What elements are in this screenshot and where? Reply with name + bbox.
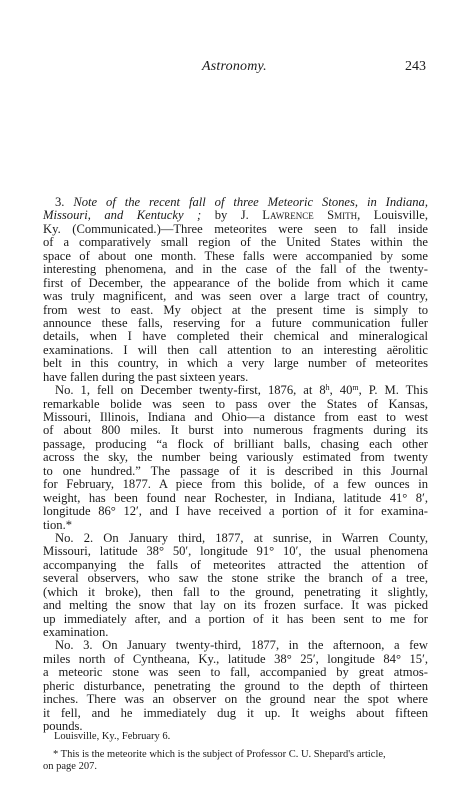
author-location: , Louisville, <box>357 208 428 222</box>
text-line: inches. There was an observer on the gro… <box>43 693 428 706</box>
text-line: announce these falls, reserving for a fu… <box>43 317 428 330</box>
text-line: to one hundred.” The passage of it is de… <box>43 465 428 478</box>
article-title: Note of the recent fall of three Meteori… <box>73 195 428 209</box>
text-line: Missouri, latitude 38° 50′, longitude 91… <box>43 545 428 558</box>
article-body: 3. Note of the recent fall of three Mete… <box>43 196 428 734</box>
footnote-line: * This is the meteorite which is the sub… <box>43 749 428 761</box>
article-title-line-2: Missouri, and Kentucky ; by J. Lawrence … <box>43 209 428 222</box>
text-line: remarkable bolide was seen to pass over … <box>43 398 428 411</box>
text-line: space of about one month. These falls we… <box>43 250 428 263</box>
text-line: of about 800 miles. It burst into numero… <box>43 424 428 437</box>
text-line: first of December, the appearance of the… <box>43 277 428 290</box>
text-fragment: , 40 <box>330 383 353 397</box>
text-line: up immediately after, and a portion of i… <box>43 613 428 626</box>
text-line: miles north of Cyntheana, Ky., latitude … <box>43 653 428 666</box>
text-line: belt in this country, in which a very la… <box>43 357 428 370</box>
text-line: Missouri, Illinois, Indiana and Ohio—a d… <box>43 411 428 424</box>
text-line: have fallen during the past sixteen year… <box>43 371 428 384</box>
footnote-line: on page 207. <box>43 761 428 773</box>
text-line: details, when I have completed their che… <box>43 330 428 343</box>
signoff-dateline: Louisville, Ky., February 6. <box>54 731 170 743</box>
byline-by: by J. <box>215 208 249 222</box>
section-title: Astronomy. <box>202 59 267 75</box>
no1-first-line: No. 1, fell on December twenty-first, 18… <box>43 384 428 397</box>
running-head: Astronomy. 243 <box>0 59 470 75</box>
text-line: from west to east. My object at the pres… <box>43 304 428 317</box>
text-line: (which it broke), then fall to the groun… <box>43 586 428 599</box>
text-line: Ky. (Communicated.)—Three meteorites wer… <box>43 223 428 236</box>
document-page: Astronomy. 243 3. Note of the recent fal… <box>0 0 470 788</box>
article-title-cont: Missouri, and Kentucky ; <box>43 208 201 222</box>
text-fragment: , P. M. This <box>359 383 428 397</box>
text-line: interesting phenomena, and in the case o… <box>43 263 428 276</box>
text-line: examinations. I will then call attention… <box>43 344 428 357</box>
text-line: longitude 86° 12′, and I have received a… <box>43 505 428 518</box>
text-line: examination. <box>43 626 428 639</box>
text-line: across the sky, the number being various… <box>43 451 428 464</box>
text-line: several observers, who saw the stone str… <box>43 572 428 585</box>
article-number: 3. <box>55 195 64 209</box>
footnote: * This is the meteorite which is the sub… <box>43 749 428 772</box>
text-line: it fell, and he immediately dug it up. I… <box>43 707 428 720</box>
text-line: of a comparatively small region of the U… <box>43 236 428 249</box>
text-line: passage, producing “a flock of brilliant… <box>43 438 428 451</box>
text-line: and melting the snow that lay on its fro… <box>43 599 428 612</box>
page-number: 243 <box>405 59 426 75</box>
article-title-line-1: 3. Note of the recent fall of three Mete… <box>43 196 428 209</box>
text-line: weight, has been found near Rochester, i… <box>43 492 428 505</box>
text-line: was truly magnificent, and was seen over… <box>43 290 428 303</box>
text-fragment: No. 1, fell on December twenty-first, 18… <box>55 383 326 397</box>
text-line: accompanying the falls of meteorites att… <box>43 559 428 572</box>
author-name: Lawrence Smith <box>262 208 357 222</box>
text-line: for February, 1877. A piece from this bo… <box>43 478 428 491</box>
text-line: a meteoric stone was seen to fall, accom… <box>43 666 428 679</box>
text-line: No. 2. On January third, 1877, at sunris… <box>43 532 428 545</box>
text-line: No. 3. On January twenty-third, 1877, in… <box>43 639 428 652</box>
text-line: tion.* <box>43 519 428 532</box>
text-line: pheric disturbance, penetrating the grou… <box>43 680 428 693</box>
